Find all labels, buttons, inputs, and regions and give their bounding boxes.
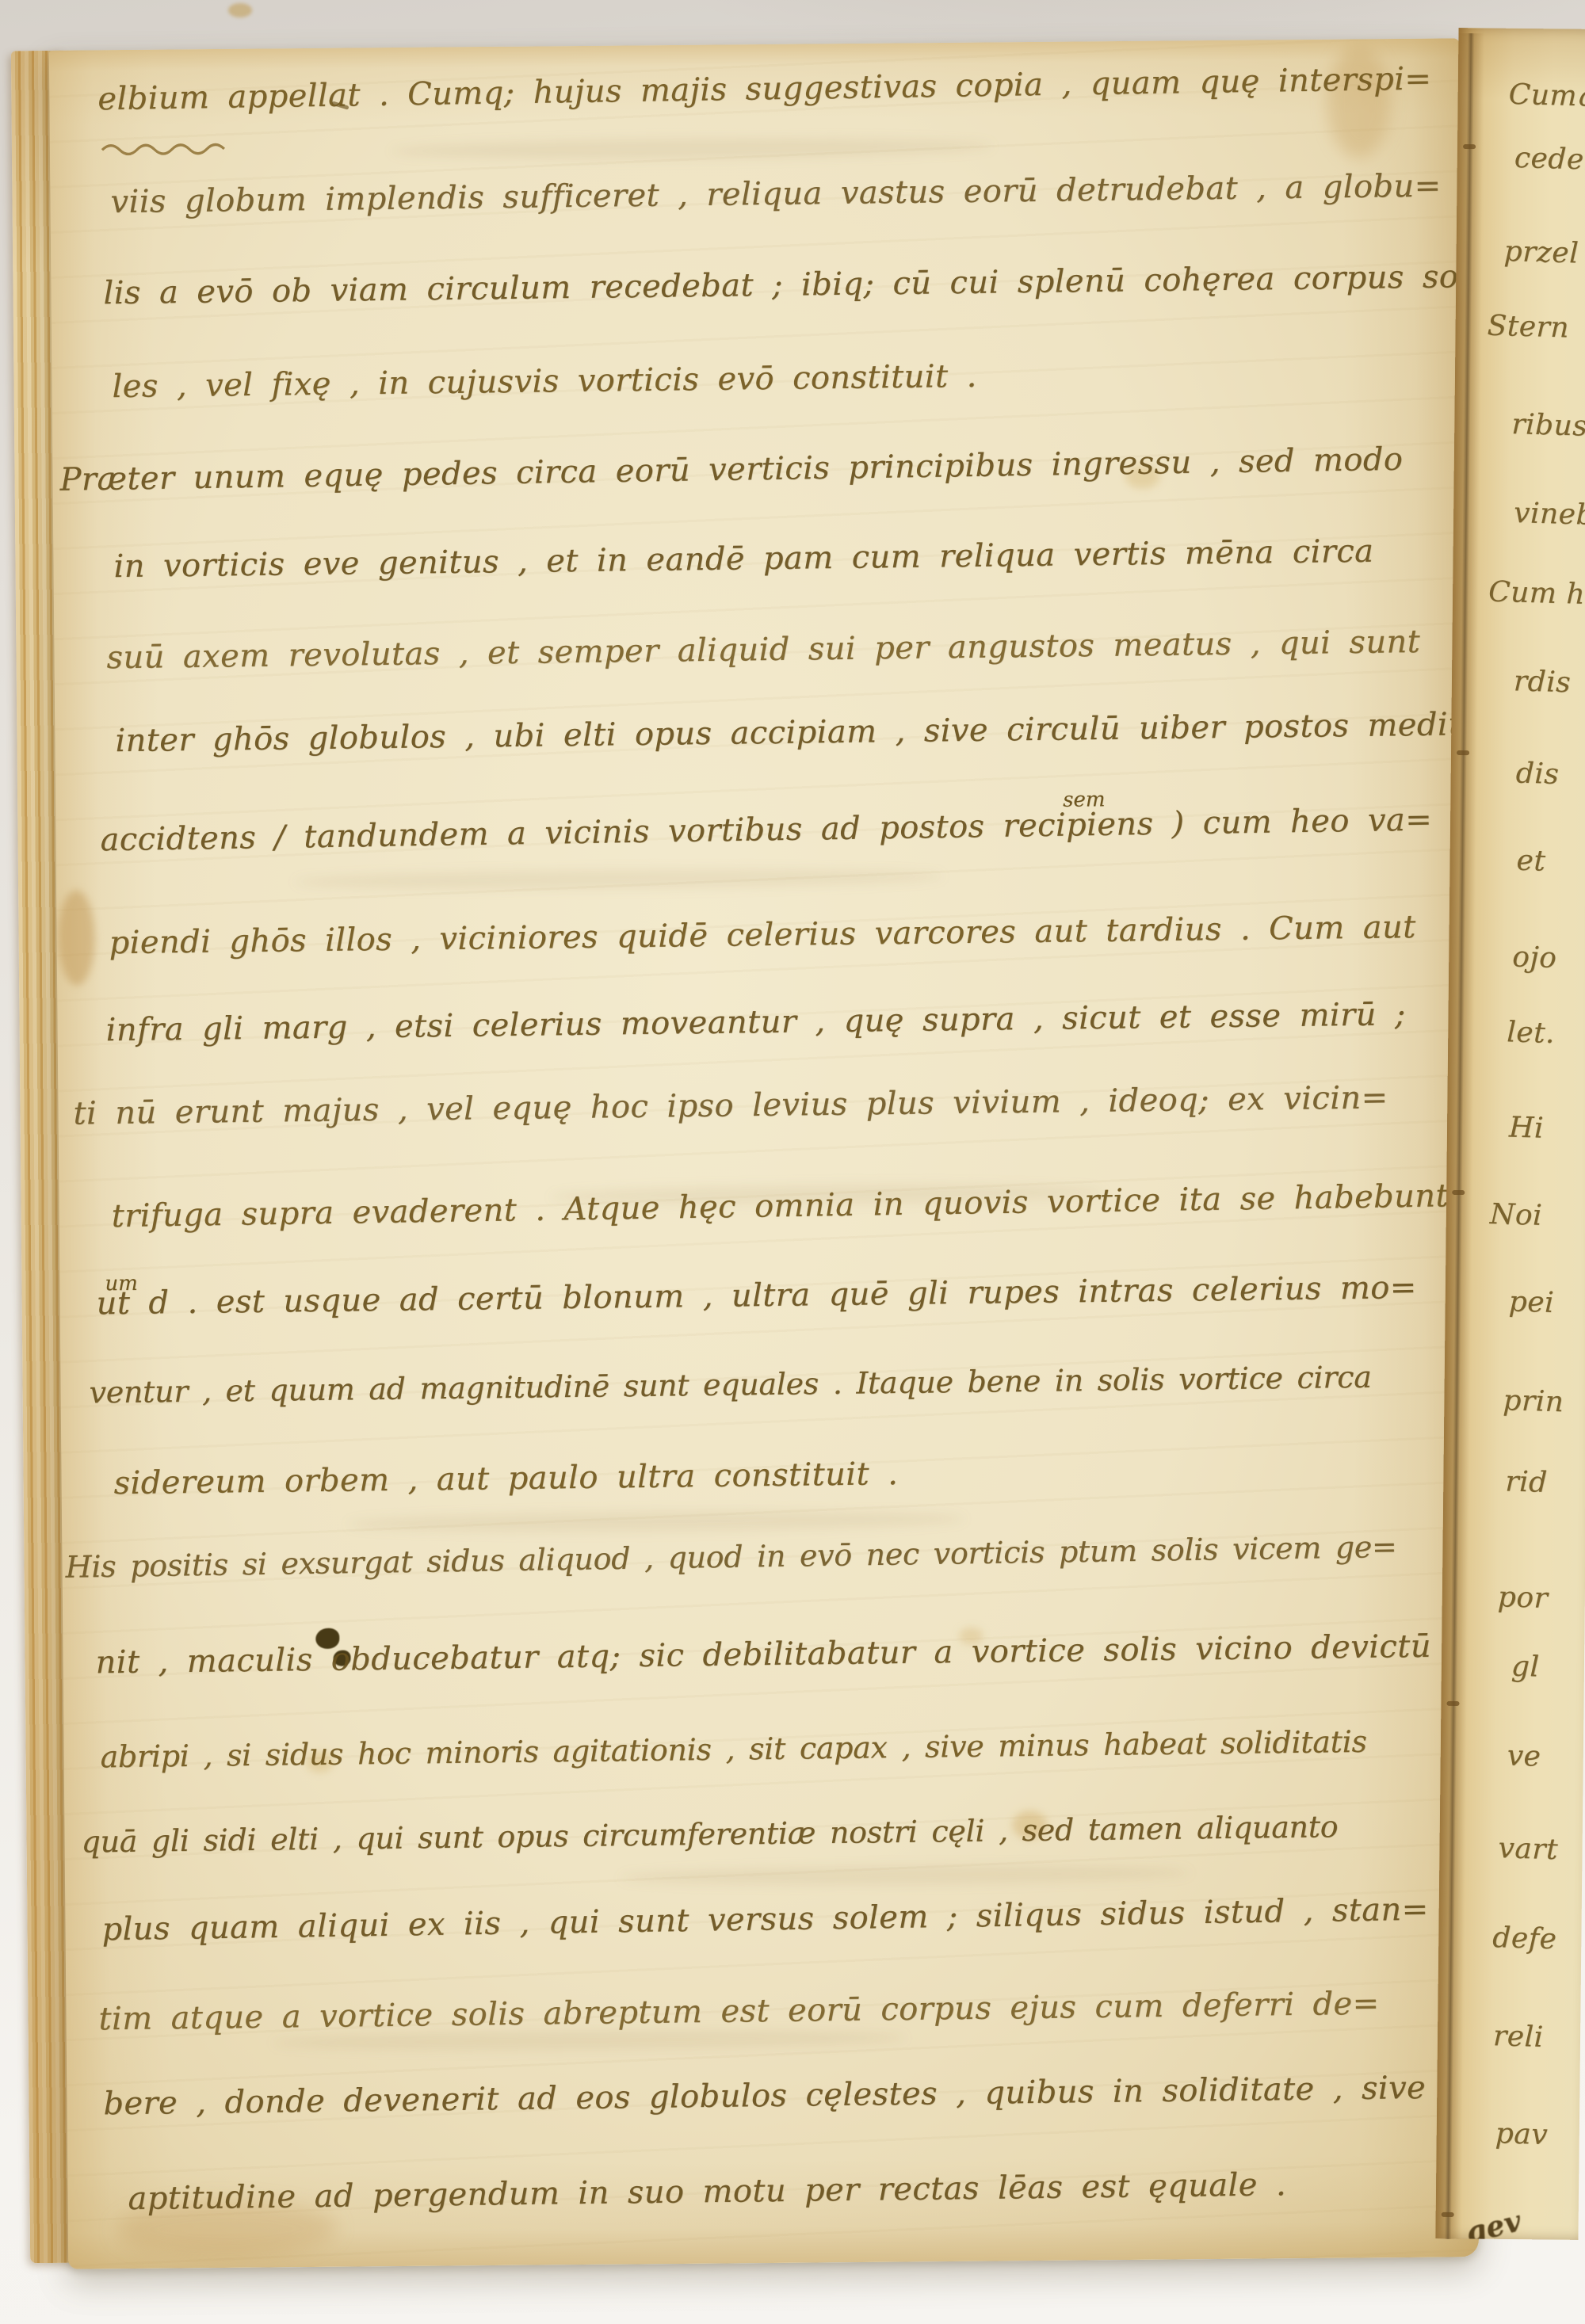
binding-stitch xyxy=(1446,1701,1459,1706)
manuscript-line: elbium appellat . Cumq; hujus majis sugg… xyxy=(97,60,1432,117)
manuscript-line: les , vel fixę , in cujusvis vorticis ev… xyxy=(112,358,977,405)
facing-fragment: Cumq: xyxy=(1508,78,1585,113)
facing-fragment: por xyxy=(1497,1581,1549,1615)
manuscript-line: abripi , si sidus hoc minoris agitationi… xyxy=(100,1724,1367,1775)
facing-fragment: ribus xyxy=(1511,408,1585,443)
facing-fragment: rid xyxy=(1505,1465,1548,1498)
manuscript-line: inter ghōs globulos , ubi elti opus acci… xyxy=(115,706,1479,759)
facing-fragment: let. xyxy=(1507,1016,1556,1050)
facing-fragment: pei xyxy=(1508,1285,1554,1319)
manuscript-line: bere , donde devenerit ad eos globulos c… xyxy=(103,2069,1476,2122)
manuscript-line: ventur , et quum ad magnitudinē sunt equ… xyxy=(89,1360,1371,1410)
manuscript-line: His positis si exsurgat sidus aliquod , … xyxy=(65,1529,1397,1585)
manuscript-line: Præter unum equę pedes circa eorū vertic… xyxy=(59,441,1403,498)
showthrough-smudge xyxy=(347,1509,965,1535)
manuscript-photo: { "colors": { "ink": "#6a521e", "paper":… xyxy=(0,0,1585,2324)
manuscript-line: piendi ghōs illos , viciniores quidē cel… xyxy=(109,909,1416,961)
facing-fragment: Stern xyxy=(1487,310,1569,345)
facing-fragment: defe xyxy=(1492,1921,1557,1956)
facing-fragment: prin xyxy=(1503,1384,1564,1418)
manuscript-line: ut d . est usque ad certū blonum , ultra… xyxy=(96,1269,1417,1322)
manuscript-line: nit , maculis obducebatur atq; sic debil… xyxy=(95,1628,1431,1681)
facing-fragment: Hi xyxy=(1509,1111,1545,1144)
superscript-insertion: sem xyxy=(1063,788,1106,811)
manuscript-line: infra gli marg , etsi celerius moveantur… xyxy=(105,996,1406,1048)
facing-fragment: dis xyxy=(1515,757,1560,791)
facing-fragment: przel xyxy=(1503,235,1579,270)
manuscript-line: accidtens / tandundem a vicinis vortibus… xyxy=(100,801,1432,858)
showthrough-smudge xyxy=(620,1863,1190,1887)
facing-fragment: gl xyxy=(1511,1650,1540,1684)
facing-fragment: rdis xyxy=(1513,665,1571,699)
manuscript-line: sidereum orbem , aut paulo ultra constit… xyxy=(113,1456,898,1502)
facing-fragment: vineb xyxy=(1514,497,1585,532)
binding-stitch xyxy=(1463,144,1476,149)
manuscript-line: viis globum implendis sufficeret , reliq… xyxy=(110,168,1442,221)
facing-fragment: pav xyxy=(1495,2117,1548,2151)
facing-fragment: Cum h xyxy=(1488,576,1585,611)
manuscript-page: elbium appellat . Cumq; hujus majis sugg… xyxy=(49,38,1479,2269)
showthrough-smudge xyxy=(294,867,944,891)
binding-stitch xyxy=(1442,2212,1454,2217)
manuscript-line: aptitudine ad pergendum in suo motu per … xyxy=(128,2166,1286,2217)
facing-fragment: Noi xyxy=(1489,1198,1542,1232)
facing-fragment: reli xyxy=(1493,2020,1545,2054)
facing-fragment-ink-smear: gev xyxy=(1463,2204,1525,2240)
superscript-insertion: um xyxy=(105,1272,138,1296)
facing-fragment: et xyxy=(1516,845,1546,878)
facing-fragment: vart xyxy=(1498,1832,1559,1866)
facing-fragment: cedeb xyxy=(1514,142,1585,177)
stain xyxy=(58,890,95,985)
binding-stitch xyxy=(1457,750,1469,755)
manuscript-line: ti nū erunt majus , vel equę hoc ipso le… xyxy=(73,1079,1388,1131)
manuscript-line: plus quam aliqui ex iis , qui sunt versu… xyxy=(101,1891,1429,1948)
showthrough-smudge xyxy=(391,135,993,162)
manuscript-line: lis a evō ob viam circulum recedebat ; i… xyxy=(103,258,1479,311)
manuscript-line: tim atque a vortice solis abreptum est e… xyxy=(98,1986,1380,2038)
flourish-underline xyxy=(99,138,240,158)
facing-fragment: ve xyxy=(1507,1740,1541,1773)
stain xyxy=(228,3,252,17)
manuscript-line: in vorticis eve genitus , et in eandē pa… xyxy=(113,533,1373,585)
manuscript-line: suū axem revolutas , et semper aliquid s… xyxy=(106,624,1420,676)
binding-stitch xyxy=(1452,1190,1465,1195)
manuscript-line: quā gli sidi elti , qui sunt opus circum… xyxy=(81,1809,1338,1859)
facing-fragment: ojo xyxy=(1512,941,1557,975)
